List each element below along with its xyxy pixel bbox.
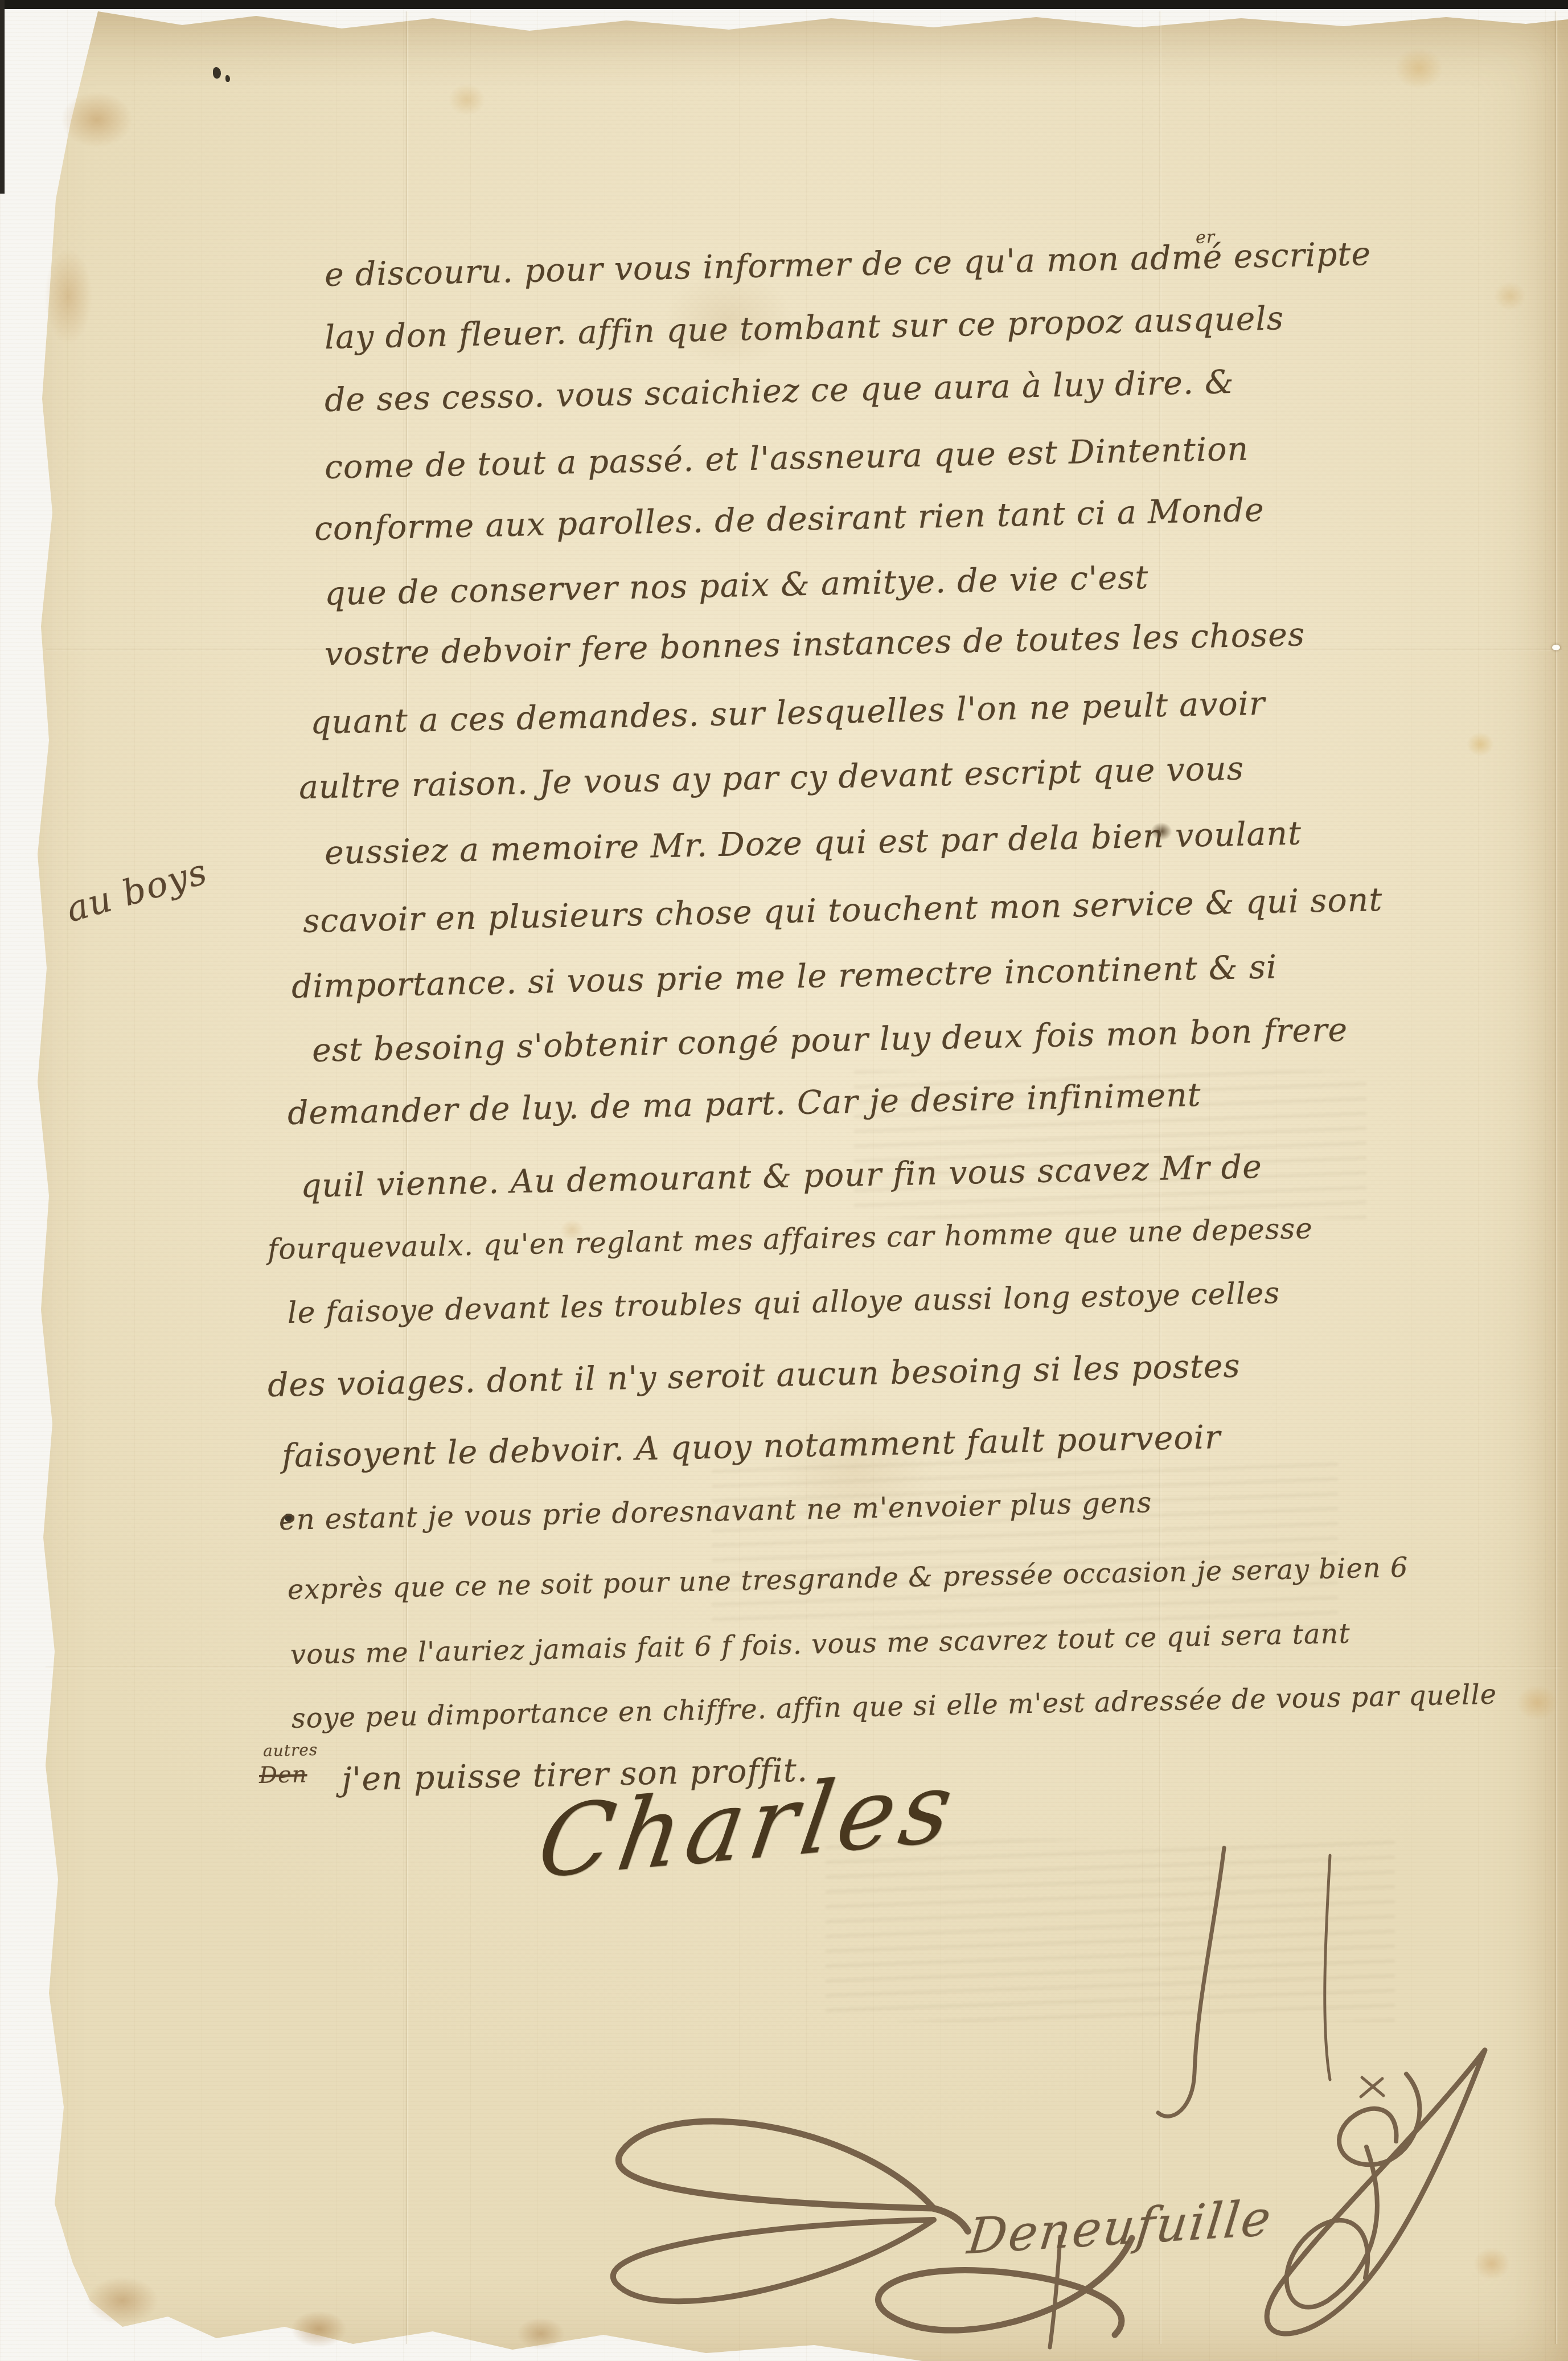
interlinear-insertion: autres	[263, 1740, 318, 1760]
crease-pinhole	[1552, 645, 1560, 650]
scanner-background-left	[0, 0, 5, 194]
ink-fleck	[225, 75, 230, 82]
scanner-background-top	[0, 0, 1568, 9]
interlinear-superscript: er	[1196, 227, 1216, 248]
struck-through-word: Den	[259, 1761, 307, 1789]
ink-fleck	[213, 67, 221, 79]
